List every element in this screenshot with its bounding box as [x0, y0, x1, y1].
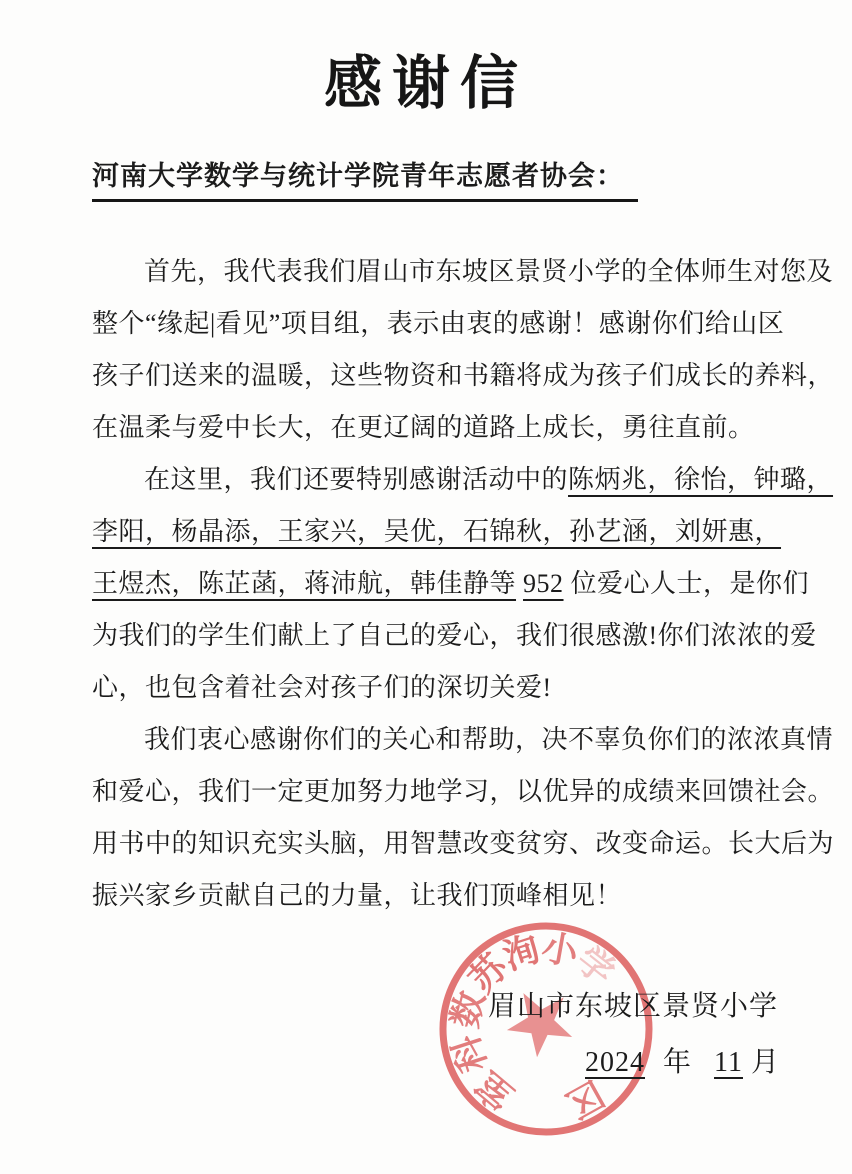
plain-text: 位爱心人士，是你们	[564, 569, 810, 598]
plain-text: 和爱心，我们一定更加努力地学习，以优异的成绩来回馈社会。	[92, 777, 834, 806]
date-month: 11	[714, 1047, 743, 1078]
body-line-p2-l5: 心，也包含着社会对孩子们的深切关爱!	[92, 662, 772, 714]
plain-text: 我们衷心感谢你们的关心和帮助，决不辜负你们的浓浓真情	[144, 725, 833, 754]
salutation-row: 河南大学数学与统计学院青年志愿者协会：	[92, 154, 852, 202]
body-line-p3-l3: 用书中的知识充实头脑，用智慧改变贫穷、改变命运。长大后为	[92, 818, 772, 870]
plain-text: 为我们的学生们献上了自己的爱心，我们很感激!你们浓浓的爱	[92, 621, 817, 650]
body-line-p1-l1: 首先，我代表我们眉山市东坡区景贤小学的全体师生对您及	[92, 246, 772, 298]
body-line-p3-l4: 振兴家乡贡献自己的力量，让我们顶峰相见！	[92, 870, 772, 922]
body-line-p1-l3: 孩子们送来的温暖，这些物资和书籍将成为孩子们成长的养料，	[92, 350, 772, 402]
letter-title: 感谢信	[0, 0, 852, 120]
date-year: 2024	[585, 1047, 645, 1078]
underlined-text: 陈炳兆，徐怡，钟璐，	[568, 465, 833, 494]
plain-text: 心，也包含着社会对孩子们的深切关爱!	[92, 673, 552, 702]
body-line-p2-l3: 王煜杰，陈芷菡，蒋沛航，韩佳静等 952 位爱心人士，是你们	[92, 558, 772, 610]
plain-text: 在这里，我们还要特别感谢活动中的	[144, 465, 568, 494]
plain-text: 孩子们送来的温暖，这些物资和书籍将成为孩子们成长的养料，	[92, 361, 834, 390]
plain-text	[516, 569, 523, 598]
letter-page: 感谢信 河南大学数学与统计学院青年志愿者协会： 首先，我代表我们眉山市东坡区景贤…	[0, 0, 852, 1174]
body-line-p1-l4: 在温柔与爱中长大，在更辽阔的道路上成长，勇往直前。	[92, 402, 772, 454]
plain-text: 在温柔与爱中长大，在更辽阔的道路上成长，勇往直前。	[92, 413, 755, 442]
underlined-text: 王煜杰，陈芷菡，蒋沛航，韩佳静等	[92, 569, 516, 598]
date-year-label: 年	[663, 1047, 692, 1078]
plain-text: 振兴家乡贡献自己的力量，让我们顶峰相见！	[92, 881, 622, 910]
signature-date: 2024 年 11 月	[585, 1040, 780, 1080]
body-line-p2-l1: 在这里，我们还要特别感谢活动中的陈炳兆，徐怡，钟璐，	[92, 454, 772, 506]
body-line-p2-l4: 为我们的学生们献上了自己的爱心，我们很感激!你们浓浓的爱	[92, 610, 772, 662]
body-line-p3-l1: 我们衷心感谢你们的关心和帮助，决不辜负你们的浓浓真情	[92, 714, 772, 766]
plain-text: 首先，我代表我们眉山市东坡区景贤小学的全体师生对您及	[144, 257, 833, 286]
underlined-text: 952	[523, 569, 564, 598]
signature-school: 眉山市东坡区景贤小学	[488, 984, 778, 1024]
body-line-p1-l2: 整个“缘起|看见”项目组，表示由衷的感谢！感谢你们给山区	[92, 298, 772, 350]
salutation: 河南大学数学与统计学院青年志愿者协会：	[92, 154, 638, 202]
plain-text: 整个“缘起|看见”项目组，表示由衷的感谢！感谢你们给山区	[92, 309, 784, 338]
body-line-p3-l2: 和爱心，我们一定更加努力地学习，以优异的成绩来回馈社会。	[92, 766, 772, 818]
plain-text: 用书中的知识充实头脑，用智慧改变贫穷、改变命运。长大后为	[92, 829, 834, 858]
letter-body: 首先，我代表我们眉山市东坡区景贤小学的全体师生对您及整个“缘起|看见”项目组，表…	[92, 246, 772, 922]
date-month-label: 月	[751, 1047, 780, 1078]
body-line-p2-l2: 李阳，杨晶添，王家兴，吴优，石锦秋，孙艺涵，刘妍惠，	[92, 506, 772, 558]
seal-svg: 苏洵小学数科室区	[434, 916, 658, 1140]
school-seal-stamp: 苏洵小学数科室区	[434, 916, 658, 1140]
underlined-text: 李阳，杨晶添，王家兴，吴优，石锦秋，孙艺涵，刘妍惠，	[92, 517, 781, 546]
